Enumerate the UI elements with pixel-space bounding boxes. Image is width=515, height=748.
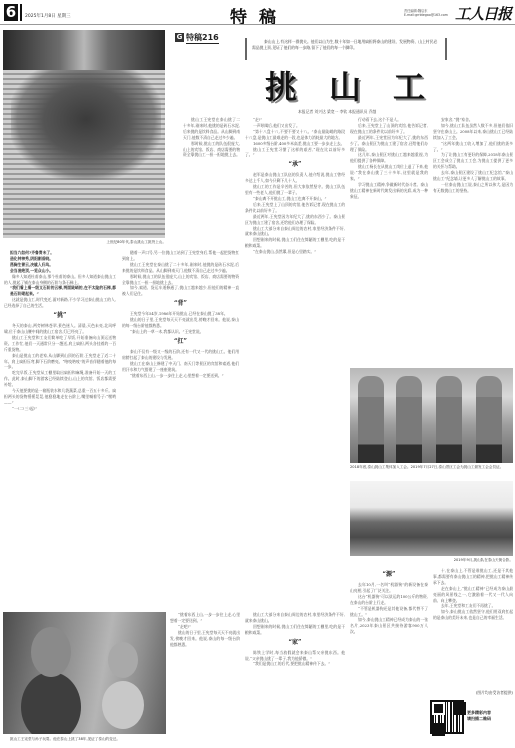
paragraph: 吃完早饭,王宪堂从工棚里取出扁担和麻绳,准备开始一天的工作。此时,泰山脚下的游客… bbox=[4, 370, 116, 388]
paragraph: “在泰山挑山,虽然累,但是心里踏实。” bbox=[245, 249, 345, 255]
paragraph: 这就是挑山工,时代变迁,面对新路,不少学习过泰山挑山工的人,已经选择了自己的生活… bbox=[4, 297, 116, 309]
paragraph: “不管是机器狗还是其他设备,都代替不了挑山工。” bbox=[350, 606, 428, 618]
paragraph: 这台“机器狗”可以驮运约100公斤的物资,在泰山的台阶上行走。 bbox=[350, 594, 428, 606]
paragraph: 挑山工王宪堂在泰山挑了二十多年,刚来时,他挑的是砖石水泥,后来挑的是饮料食品。从… bbox=[183, 117, 240, 141]
paragraph: 后来,王宪堂上了山顶的宾馆,他告诉记者,现在挑山工的条件比以前好多了。 bbox=[350, 123, 428, 135]
paragraph: 今天他要挑的是一箱瓶装水和几袋蔬菜,总重一百五十多斤。扁担两头的货物摇摇晃晃,他… bbox=[4, 388, 116, 406]
paragraph: 1600多级台阶,400多米高差,挑山工要一步步走上去。 bbox=[245, 141, 345, 147]
paragraph: 如今,泰山挑山工依然坚守,他们用双肩扛起的是泰山的美好未来,也是自己的幸福生活。 bbox=[433, 609, 513, 621]
article-lead: 泰山山上,有这样一群挑夫。他们以山为生,数十年如一日地用扁担将泰山的建设、发展物… bbox=[252, 39, 440, 51]
article-column-3: “走!” 一声吆喝后,他们又出发了。 “第十八盘十八,不要不要又十八。”泰山最陡… bbox=[245, 117, 345, 612]
paragraph: 后来,王宪堂上了山顶的宾馆,他告诉记者,现在挑山工的条件比以前好多了。 bbox=[245, 202, 345, 214]
editor-contact: 责任编辑:魏启东 E-mail:grrbtegao@163.com bbox=[404, 9, 448, 17]
paragraph: 学习挑山工精神,争做新时代奋斗者。泰山挑山工精神在新时代焕发出新的光彩,成为一种… bbox=[350, 182, 428, 200]
paragraph: 去年,泰山景区建设了挑山工纪念馆,“泰山挑山工”纪念墙,让更多人了解挑山工的故事… bbox=[433, 170, 513, 182]
paragraph: 为了让挑山工有更好的保障,2018年泰山景区工会成立了挑山工工会,为挑山工提供了… bbox=[433, 152, 513, 170]
lead-right-bar bbox=[445, 38, 447, 60]
article-column-3-top-left: 挑山工王宪堂在泰山挑了二十多年,刚来时,他挑的是砖石水泥,后来挑的是饮料食品。从… bbox=[183, 117, 240, 250]
article-column-2: 随着一声口号,另一位挑山工站到了王宪堂身后,帮他一起把货物扛到肩上。 挑山工王宪… bbox=[122, 250, 239, 610]
paragraph: “我们是挑山工的后代,要把挑山精神传下去。” bbox=[245, 661, 345, 667]
paragraph: “一!二!三!起!” bbox=[4, 406, 116, 412]
article-column-4: 行动看下去,这个不是人。 后来,王宪堂上了山顶的宾馆,他告诉记者,现在挑山工的条… bbox=[350, 117, 428, 367]
article-column-7: 十,在泰山上,不管是谁挑山工,还是干其他事,都需要有泰山挑山工的精神,把挑山工精… bbox=[433, 568, 513, 688]
paragraph: 挑山工王宪堂和工友们简单吃了早饭,开始准备向山顶运送物资。工作忙,他们一天通常只… bbox=[4, 335, 116, 353]
photo-porter-with-grandson bbox=[3, 612, 166, 734]
paragraph: 挑山工在泰山上修建了中天门、南天门等景区的宾馆和索道,他们用汗水和力气搭建了一座… bbox=[122, 361, 239, 373]
section-heading-yuan: “源” bbox=[350, 568, 428, 582]
paragraph: 挑山工王宪堂习惯了这样的艰苦,“现在比以前好多了。” bbox=[245, 147, 345, 159]
paragraph: 那时候,挑山工的队伍很庞大,山上的宾馆、饭店、商店需要的物资全靠挑山工一担一担地… bbox=[122, 274, 239, 286]
photo-porters-on-stairs bbox=[3, 30, 165, 238]
paragraph: 冬天的泰山,两旁树林苍翠,景色迷人。清晨,天色未亮,北风呼啸,位于泰山山腰中间的… bbox=[4, 323, 116, 335]
paragraph: 去年10月,一名叫“机器狗”的新设备在泰山亮相,引起了广泛关注。 bbox=[350, 582, 428, 594]
section-heading-tiao: “挑” bbox=[4, 309, 116, 323]
section-heading-jia: “家” bbox=[245, 636, 345, 650]
qr-prompt-line2: 请扫描二维码 bbox=[467, 716, 491, 722]
paragraph: 泰山是挑山工的老家,从山脚到山顶的石阶,王宪堂走了近二十年。肩上扁担压弯,脚下石… bbox=[4, 353, 116, 371]
paragraph: 挑山的日子里,王宪堂每天天不亮就出发,傍晚才回来。他说,泰山的每一级台阶他都熟悉… bbox=[122, 317, 239, 329]
page-number-bar bbox=[20, 4, 22, 21]
qr-prompt: 更多精彩内容 请扫描二维码 bbox=[467, 710, 491, 722]
editor-email[interactable]: E-mail:grrbtegao@163.com bbox=[404, 13, 448, 17]
paragraph: “这两年挑山工收入增加了,他们挑的货多了。” bbox=[433, 141, 513, 153]
caption-group: 2019年9月,挑山队在泰山天街合影。 bbox=[400, 558, 513, 563]
byline: 本报记者 刘兴达 梁宽一 李钦 本报通讯员 乔越 bbox=[298, 109, 376, 115]
paragraph: 挑山工大部分来自泰山周边的农村,家里经济条件不好,就来泰山挑山。 bbox=[245, 226, 345, 238]
section-heading-bei: “背” bbox=[122, 297, 239, 311]
paragraph: 赵军是泰山挑山工队伍的负责人,他介绍说,挑山工曾经多达上千人,如今只剩下几十人。 bbox=[245, 172, 345, 184]
paragraph: 这几年,泰山景区对挑山工越来越重视,为他们提供了各种保障。 bbox=[350, 152, 428, 164]
paragraph: “挑着东西上山,一步一步往上走,心里想着一定要送到。” bbox=[122, 373, 239, 379]
article-column-5: 安家舍,“挑”家舍。 如今,挑山工队伍虽然人数不多,但他们依旧坚守在泰山上。20… bbox=[433, 117, 513, 367]
paragraph: 挑山工的工作是辛苦的,但大家依然坚守。挑山工队伍里有一些老人,他们挑了一辈子。 bbox=[245, 184, 345, 196]
lead-left-bar bbox=[245, 38, 247, 60]
photo-porters-union-cards bbox=[350, 368, 513, 463]
paragraph: 挑山工杨长在从挑山工岗位上退了下来,他说:“我在泰山挑了三十多年,这里就是我的家… bbox=[350, 164, 428, 182]
paragraph: 如今,索道、货运车道修通了,挑山工越来越少,但他们的精神一直被人们记住。 bbox=[122, 285, 239, 297]
paragraph: 如今,泰山挑山工精神已经成为泰山的一张名片,2023年泰山景区共接待游客900万… bbox=[350, 617, 428, 635]
column-badge-icon: G bbox=[175, 33, 184, 42]
headline: 挑山工 bbox=[265, 62, 457, 108]
paragraph: 回想刚来的时候,挑山工们住在简陋的工棚里,吃的是干粮和咸菜。 bbox=[245, 237, 345, 249]
section-heading-cheng: “承” bbox=[245, 158, 345, 172]
paragraph: 最近两年,王宪堂因为年纪大了,挑的东西少了。泰山景区为挑山工建了宿舍,还给他们办… bbox=[245, 214, 345, 226]
article-column-2-lower: “挑着东西上山,一步一步往上走,心里想着一定要送到。” “走吧!” 挑山的日子里… bbox=[170, 612, 240, 746]
newspaper-logo: 工人日报 bbox=[455, 3, 511, 24]
qr-code-icon[interactable] bbox=[430, 700, 464, 734]
photo-credit: (图片均由受访者提供) bbox=[433, 690, 513, 696]
paragraph: 如今,挑山工队伍虽然人数不多,但他们依旧坚守在泰山上。2008年以来,泰山挑山工… bbox=[433, 123, 513, 141]
paragraph: “第十八盘十八,不要不要又十八。”泰山最陡峭的路段十八盘,是挑山工最难走的一段,… bbox=[245, 129, 345, 141]
article-column-1: 担当九如何?齐鲁青未了。 造化钟神秀,阴阳割昏晓。 荡胸生曾云,决眦入归鸟。 会… bbox=[4, 250, 116, 610]
paragraph: 泰山不仅有一级又一级的石阶,还有一代又一代的挑山工。他们用肩膀扛起了泰山的建设与… bbox=[122, 349, 239, 361]
paragraph: 挑山的日子里,王宪堂每天天不亮就出发,傍晚才回来。他说,泰山的每一级台阶他都熟悉… bbox=[170, 630, 240, 648]
paragraph: 一位泰山挑山工说,泰山之所以伟大,是因为有无数挑山工的坚持。 bbox=[433, 182, 513, 194]
paragraph: 随着一声口号,另一位挑山工站到了王宪堂身后,帮他一起把货物扛到肩上。 bbox=[122, 250, 239, 262]
photo-porter-team-group bbox=[350, 481, 513, 556]
paragraph: 十,在泰山上,不管是谁挑山工,还是干其他事,都需要有泰山挑山工的精神,把挑山工精… bbox=[433, 568, 513, 586]
paragraph: “挑着东西上山,一步一步往上走,心里想着一定要送到。” bbox=[170, 612, 240, 624]
column-label: 特稿216 bbox=[186, 32, 219, 44]
paragraph: 挑山工王宪堂在泰山挑了二十多年,刚来时,他挑的是砖石水泥,后来挑的是饮料食品。从… bbox=[122, 262, 239, 274]
page-number: 6 bbox=[4, 4, 18, 21]
caption-union-cards: 2018年底,泰山挑山工集体加入工会。2019年7月27日,泰山景区工会为挑山工… bbox=[350, 465, 513, 470]
article-column-3-lower: 挑山工大部分来自泰山周边的农村,家里经济条件不好,就来泰山挑山。 回想刚来的时候… bbox=[245, 612, 345, 746]
quote: “我们看上看一级又石阶的云梯,两面陡峭的,在不太险的石梯,都是石阶砌起来。” bbox=[4, 285, 116, 297]
paragraph: 最近两年,王宪堂因为年纪大了,挑的东西少了。泰山景区为挑山工建了宿舍,还给他们办… bbox=[350, 135, 428, 153]
paragraph: 走在泰山上,“挑山工精神”已经成为泰山最亮丽的风景线之一,它激励着一代又一代人向… bbox=[433, 586, 513, 604]
caption-stairs: 上世纪80年代,泰山挑山工挑货上山。 bbox=[60, 240, 166, 245]
article-column-6: “源” 去年10月,一名叫“机器狗”的新设备在泰山亮相,引起了广泛关注。 这台“… bbox=[350, 568, 428, 746]
issue-date: 2025年1月8日 星期三 bbox=[25, 13, 71, 19]
header-divider bbox=[0, 24, 515, 25]
section-heading-kang: “扛” bbox=[122, 335, 239, 349]
paragraph: 回想刚来的时候,挑山工们住在简陋的工棚里,吃的是干粮和咸菜。 bbox=[245, 624, 345, 636]
paragraph: 像多人知道杜甫泰山,那个杜甫的泰山。但多人知道泰山挑山工的人,挑起了铺在泰山身侧… bbox=[4, 274, 116, 286]
caption-old-man: 挑山工王宪堂与孙子玩耍。他在泰山上挑了38年,见证了泰山的变迁。 bbox=[10, 737, 170, 742]
paragraph: 那时候,挑山工的队伍很庞大,山上的宾馆、饭店、商店需要的物资全靠挑山工一担一担地… bbox=[183, 141, 240, 159]
paragraph: 陈铁上学时,每当放假就会来泰山帮父亲挑东西。他说,“父亲挑山挑了一辈子,我为他骄… bbox=[245, 650, 345, 662]
paragraph: 挑山工大部分来自泰山周边的农村,家里经济条件不好,就来泰山挑山。 bbox=[245, 612, 345, 624]
